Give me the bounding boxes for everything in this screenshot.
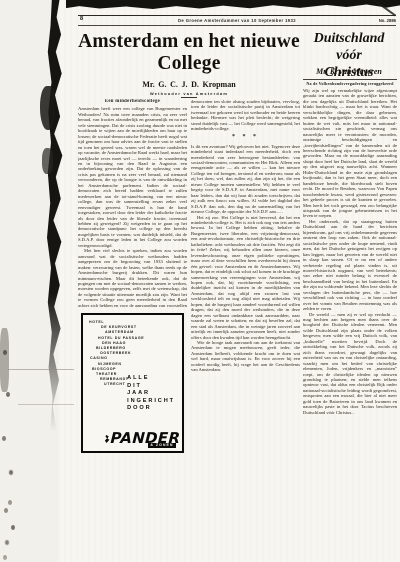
scan-artifact-fold-line bbox=[8, 369, 74, 370]
right-article-byline: Mr. K. van Waveren bbox=[300, 67, 398, 76]
ad-slogan-line: DOOR bbox=[127, 405, 175, 413]
scan-artifact-speckles bbox=[3, 350, 7, 355]
body-paragraph: De wereld — men zij er wel op verdacht —… bbox=[303, 312, 397, 416]
left-article-byline-title: Wethouder van Amsterdam bbox=[78, 91, 300, 96]
ad-slogan: ALLE DIT JAAR INGERICHT DOOR bbox=[127, 375, 175, 413]
ad-slogan-line: DIT bbox=[127, 383, 175, 391]
left-article-column-1: Een minderheidscollege Amsterdam heeft w… bbox=[78, 99, 187, 307]
body-paragraph: Is dit een avontuur? Wij gelooven het ni… bbox=[191, 144, 300, 215]
header-rule-bottom bbox=[78, 25, 396, 26]
right-article-kicker: Na de Volkenbondsvergadering teruggekeer… bbox=[303, 81, 397, 86]
left-article-headline: Amsterdam en het nieuwe College bbox=[78, 31, 300, 74]
body-paragraph: Wie de hooge taak aanvaardt om aan de to… bbox=[191, 340, 300, 373]
headline-line-1: Amsterdam en het nieuwe bbox=[78, 31, 300, 53]
header-rule-top bbox=[78, 15, 396, 16]
scan-artifact-fold-line bbox=[18, 404, 74, 405]
newspaper-page-scan: 8 De Groene Amsterdammer van 10 Septembe… bbox=[0, 0, 400, 562]
headline-line-1: Duitschland vóór bbox=[300, 30, 398, 64]
scan-artifact-blot bbox=[40, 86, 55, 130]
ad-slogan-line: JAAR bbox=[127, 390, 175, 398]
body-paragraph: Wij zijn wel op vermakelijke wijze afges… bbox=[303, 88, 397, 219]
body-paragraph: Het zij zoo. Het College is niet bevrees… bbox=[191, 215, 300, 340]
ad-slogan-line: ALLE bbox=[127, 375, 175, 383]
asterism-separator: * * * bbox=[191, 135, 300, 140]
byline-ornament-rule bbox=[181, 97, 197, 98]
right-byline-rule bbox=[303, 79, 397, 80]
body-paragraph: Amsterdam heeft weer een college van Bur… bbox=[78, 106, 187, 248]
body-paragraph: Het onderzoek, dat op staatsgezag buiten… bbox=[303, 219, 397, 312]
body-paragraph: Met hen viel slechts te spreken, indien … bbox=[78, 248, 187, 307]
masthead-dateline: De Groene Amsterdammer van 10 September … bbox=[78, 18, 396, 23]
right-article-column: Wij zijn wel op vermakelijke wijze afges… bbox=[303, 88, 397, 470]
left-article-column-2: democraten ten slotte alsnog zouden bijd… bbox=[191, 99, 300, 471]
scan-artifact-blot bbox=[0, 328, 9, 392]
headline-line-2: College bbox=[78, 53, 300, 75]
pander-logo-subtext: & ZONEN bbox=[148, 443, 176, 448]
scan-artifact-blot bbox=[42, 148, 53, 174]
body-paragraph: democraten ten slotte alsnog zouden bijd… bbox=[191, 99, 300, 132]
section-header: Een minderheidscollege bbox=[78, 99, 187, 104]
pander-advertisement: HOTEL DE KEURVORST AMSTERDAM HOTEL DU PA… bbox=[81, 313, 184, 453]
ad-slogan-line: INGERICHT bbox=[127, 398, 175, 406]
left-article-byline: Mr. G. C. J. D. Kropman bbox=[78, 80, 300, 89]
pander-logo-ornament-icon bbox=[105, 435, 110, 443]
issue-number: No. 2886 bbox=[362, 18, 396, 23]
